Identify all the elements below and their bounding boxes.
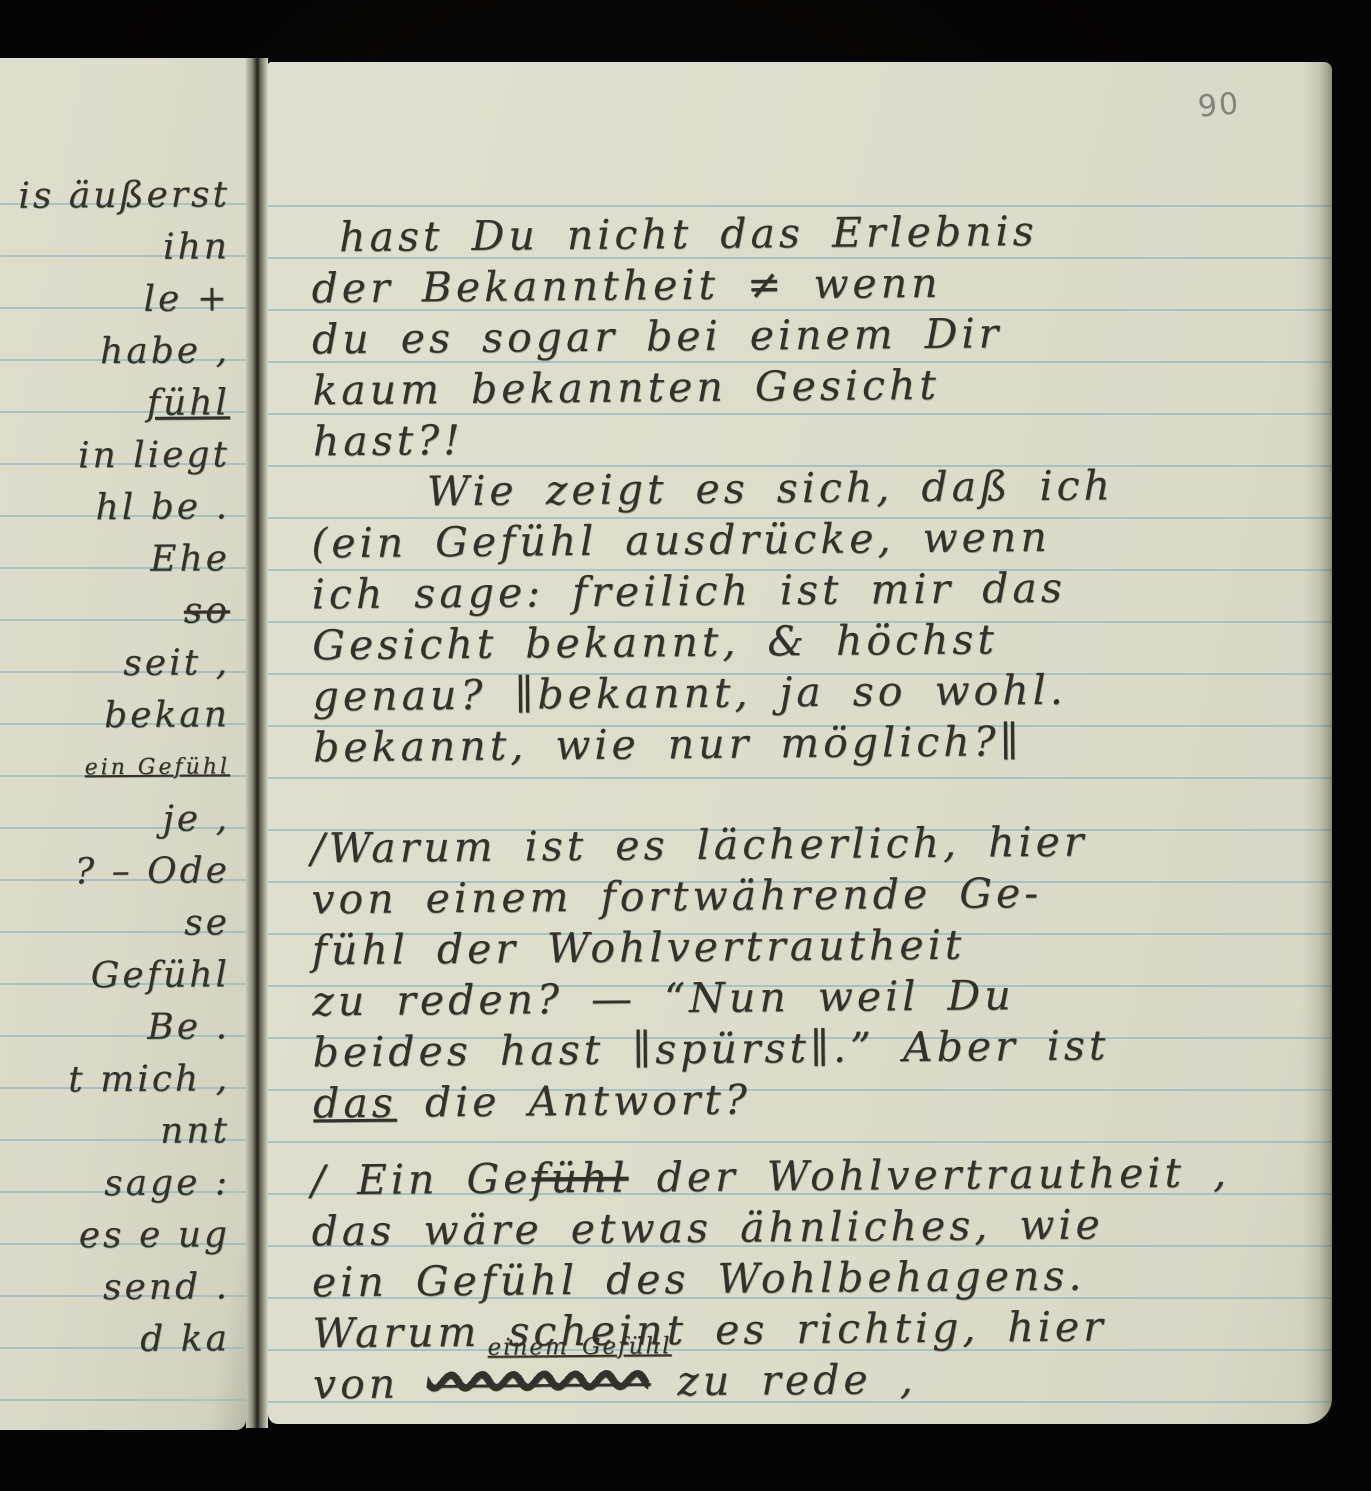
manuscript-line: Wie zeigt es sich, daß ich [311, 459, 1305, 519]
manuscript-line: das wäre etwas ähnliches, wie [311, 1198, 1305, 1258]
facing-page-text-fragment: send . [0, 1261, 246, 1315]
manuscript-text-segment: fühl [531, 1154, 629, 1203]
manuscript-line: der Bekanntheit ≠ wenn [311, 255, 1305, 315]
manuscript-text: hast Du nicht das Erlebnisder Bekannthei… [312, 208, 1306, 1406]
page-number: 90 [1196, 86, 1241, 125]
page-edge-shading [1302, 62, 1332, 1424]
manuscript-line: von einem fortwährende Ge- [311, 866, 1305, 926]
manuscript-paragraph: ∕Warum ist es lächerlich, hiervon einem … [311, 815, 1308, 1130]
manuscript-line: das die Antwort? [313, 1070, 1307, 1130]
facing-page-text-fragment: ? – Ode [0, 845, 246, 899]
facing-page-text-fragment: nnt [0, 1105, 246, 1159]
facing-page-text-fragment: d ka [0, 1313, 246, 1367]
facing-page-text-fragment: Be . [0, 1001, 246, 1055]
manuscript-line: Warum scheint es richtig, hier [312, 1300, 1306, 1360]
facing-page-text-fragment: ihn [0, 221, 246, 275]
manuscript-line: ein Gefühl des Wohlbehagens. [312, 1249, 1306, 1309]
facing-page-text-fragment: le + [0, 273, 246, 327]
manuscript-line: ∕Warum ist es lächerlich, hier [311, 815, 1305, 875]
facing-page-text-fragment: is äußerst [0, 169, 246, 223]
manuscript-line: ∕ Ein Gefühl der Wohlvertrautheit , [311, 1147, 1305, 1207]
manuscript-text-segment: das [313, 1079, 397, 1128]
manuscript-line: von —————— zu rede ,einem Gefühl [313, 1351, 1307, 1411]
manuscript-line: Gesicht bekannt, & höchst [312, 612, 1306, 672]
manuscript-text-segment: ∕ Ein Ge [311, 1154, 532, 1204]
manuscript-paragraph: hast Du nicht das Erlebnisder Bekannthei… [311, 204, 1307, 468]
manuscript-line: beides hast ∥spürst∥.” Aber ist [312, 1019, 1306, 1079]
manuscript-paragraph: Wie zeigt es sich, daß ich(ein Gefühl au… [311, 459, 1308, 774]
manuscript-text-segment: die Antwort? [397, 1076, 751, 1127]
manuscript-line: genau? ∥bekannt, ja so wohl. [312, 663, 1306, 723]
facing-page-text-fragment: fühl [0, 377, 246, 431]
manuscript-line: du es sogar bei einem Dir [312, 306, 1306, 366]
manuscript-line: ich sage: freilich ist mir das [312, 561, 1306, 621]
notebook-page: 90 hast Du nicht das Erlebnisder Bekannt… [268, 62, 1332, 1424]
facing-page-text-fragment: in liegt [0, 429, 246, 483]
scan-background: is äußerstihnle +habe ,fühlin liegthl be… [0, 0, 1371, 1491]
manuscript-text-segment: zu rede , [649, 1355, 917, 1405]
manuscript-line: hast Du nicht das Erlebnis [311, 204, 1305, 264]
inserted-correction-text: einem Gefühl [487, 1334, 671, 1360]
facing-page-text-fragment: Ehe [0, 533, 246, 587]
facing-page-text-fragment: bekan [0, 689, 246, 743]
manuscript-text-segment: von [313, 1359, 428, 1408]
page-gutter [246, 58, 268, 1428]
facing-page-text-fragment: ein Gefühl [0, 741, 246, 795]
facing-page-text-fragment: so [0, 585, 246, 639]
manuscript-text-segment: der Wohlvertrautheit , [628, 1148, 1230, 1201]
facing-page-sliver: is äußerstihnle +habe ,fühlin liegthl be… [0, 58, 246, 1430]
manuscript-line: (ein Gefühl ausdrücke, wenn [311, 510, 1305, 570]
manuscript-line: zu reden? — “Nun weil Du [312, 968, 1306, 1028]
manuscript-text-segment: —————— [424, 1356, 653, 1409]
facing-page-text-fragment: es e ug [0, 1209, 246, 1263]
manuscript-line: kaum bekannten Gesicht [312, 357, 1306, 417]
facing-page-text-fragment: hl be . [0, 481, 246, 535]
manuscript-line: hast?! [313, 408, 1307, 468]
facing-page-text-fragment: se [0, 897, 246, 951]
facing-page-text-fragment: Gefühl [0, 949, 246, 1003]
manuscript-paragraph: ∕ Ein Gefühl der Wohlvertrautheit ,das w… [311, 1147, 1307, 1411]
facing-page-text-fragment: je , [0, 793, 246, 847]
facing-page-text-fragment: habe , [0, 325, 246, 379]
manuscript-line: fühl der Wohlvertrautheit [312, 917, 1306, 977]
facing-page-text-fragment: t mich , [0, 1053, 246, 1107]
facing-page-text-fragment: sage : [0, 1157, 246, 1211]
manuscript-line: bekannt, wie nur möglich?∥ [313, 714, 1307, 774]
facing-page-text-fragment: seit , [0, 637, 246, 691]
facing-page-text-column: is äußerstihnle +habe ,fühlin liegthl be… [0, 170, 246, 1366]
